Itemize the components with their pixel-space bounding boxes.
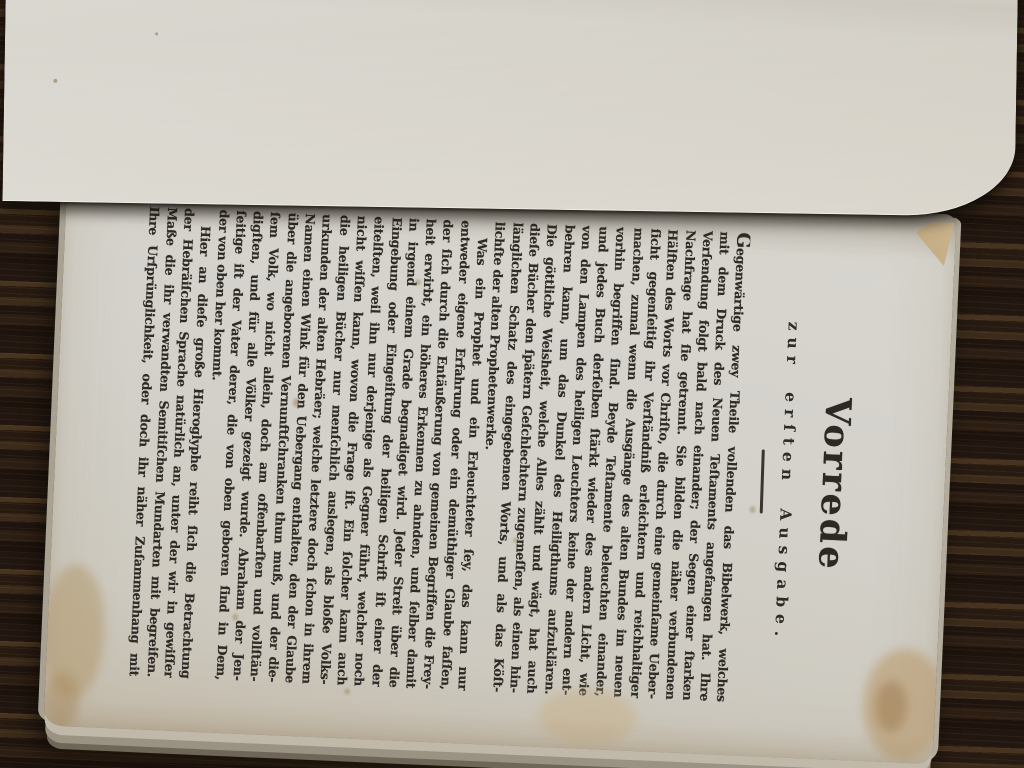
page-subtitle: zur erſten Ausgabe. [766, 207, 809, 757]
heading-rule [760, 449, 765, 513]
foxing-dot [749, 506, 755, 513]
book-page-rotated: Vorrede zur erſten Ausgabe. Gegenwärtige… [43, 176, 956, 764]
upper-page-leaf [2, 0, 1021, 217]
paper-speck [53, 79, 57, 83]
photo-open-book-on-wood-table: Vorrede zur erſten Ausgabe. Gegenwärtige… [0, 0, 1024, 768]
foxing-dot [344, 688, 350, 694]
page-surface: Vorrede zur erſten Ausgabe. Gegenwärtige… [43, 176, 956, 764]
paper-speck [155, 32, 158, 35]
body-text: Gegenwärtige zwey Theile vollenden das B… [126, 206, 751, 702]
foxing-stain-bottom-edge [43, 671, 79, 730]
